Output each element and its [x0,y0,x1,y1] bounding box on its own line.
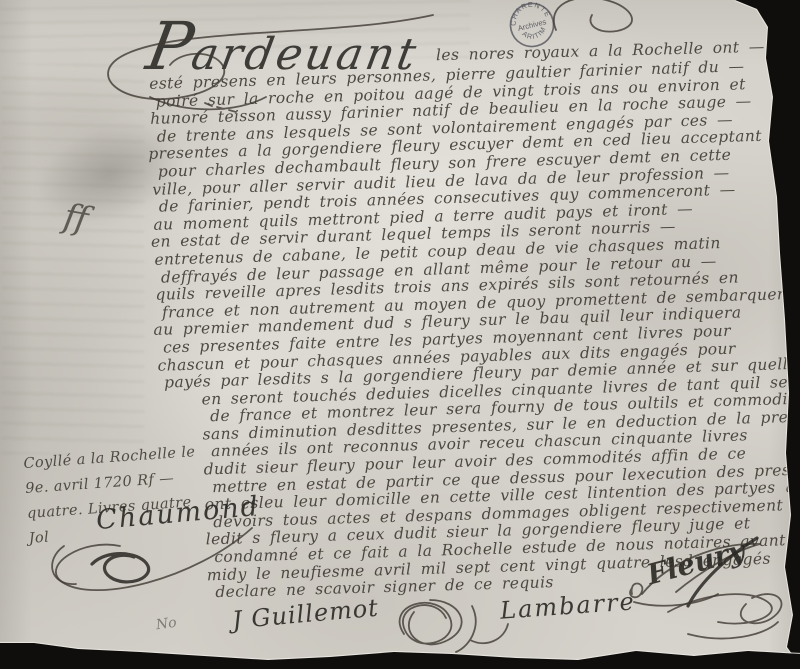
pen-flourish-guillemot-knot [400,600,462,644]
stamp-center-text: Archives [517,17,548,33]
svg-text:CHARENTE: CHARENTE [506,0,551,27]
pen-flourish-top-loop [554,0,632,32]
pen-flourish-chaumond-loop [52,546,76,584]
bottom-dark-edge [0,643,800,669]
ink-bleedthrough-left [2,64,144,454]
pen-flourish-fleury-tail [634,594,718,606]
pen-flourish-chaumond-knot [92,554,149,582]
stamp-arc-top-text: CHARENTE [506,0,551,27]
controle-margin-note: Coyllé a la Rochelle le9e. avril 1720 Rf… [23,440,202,552]
pen-flourish-lambarre [668,594,781,638]
bottom-deckle-edge [0,643,800,660]
manuscript-page: Pardeuant les nores royaux a la Rochelle… [0,0,800,669]
scan-backdrop: Pardeuant les nores royaux a la Rochelle… [0,0,800,669]
bottom-left-mark: No [155,615,178,634]
